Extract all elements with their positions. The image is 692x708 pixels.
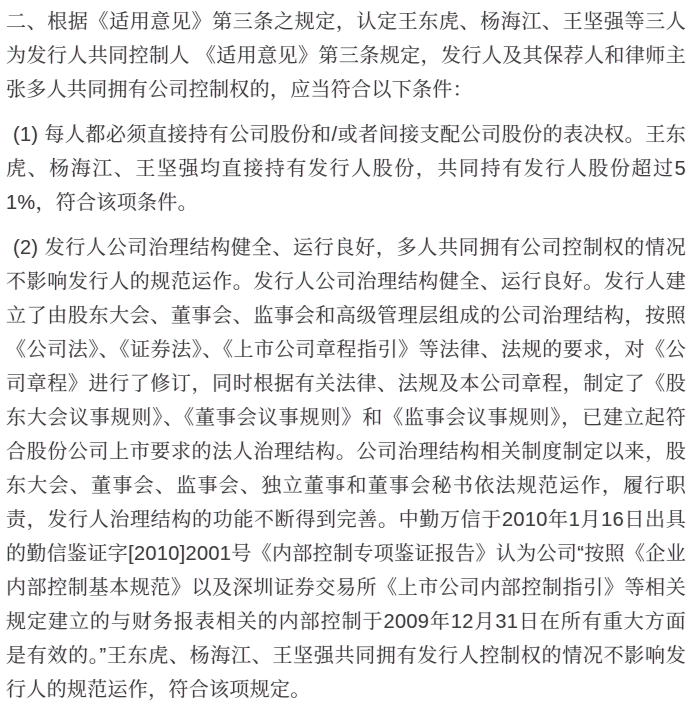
document-page: 二、根据《适用意见》第三条之规定，认定王东虎、杨海江、王坚强等三人为发行人共同控…: [0, 0, 692, 707]
paragraph-item-2: (2) 发行人公司治理结构健全、运行良好，多人共同拥有公司控制权的情况不影响发行…: [6, 231, 686, 707]
paragraph-intro: 二、根据《适用意见》第三条之规定，认定王东虎、杨海江、王坚强等三人为发行人共同控…: [6, 5, 686, 107]
paragraph-item-1: (1) 每人都必须直接持有公司股份和/或者间接支配公司股份的表决权。王东虎、杨海…: [6, 118, 686, 220]
